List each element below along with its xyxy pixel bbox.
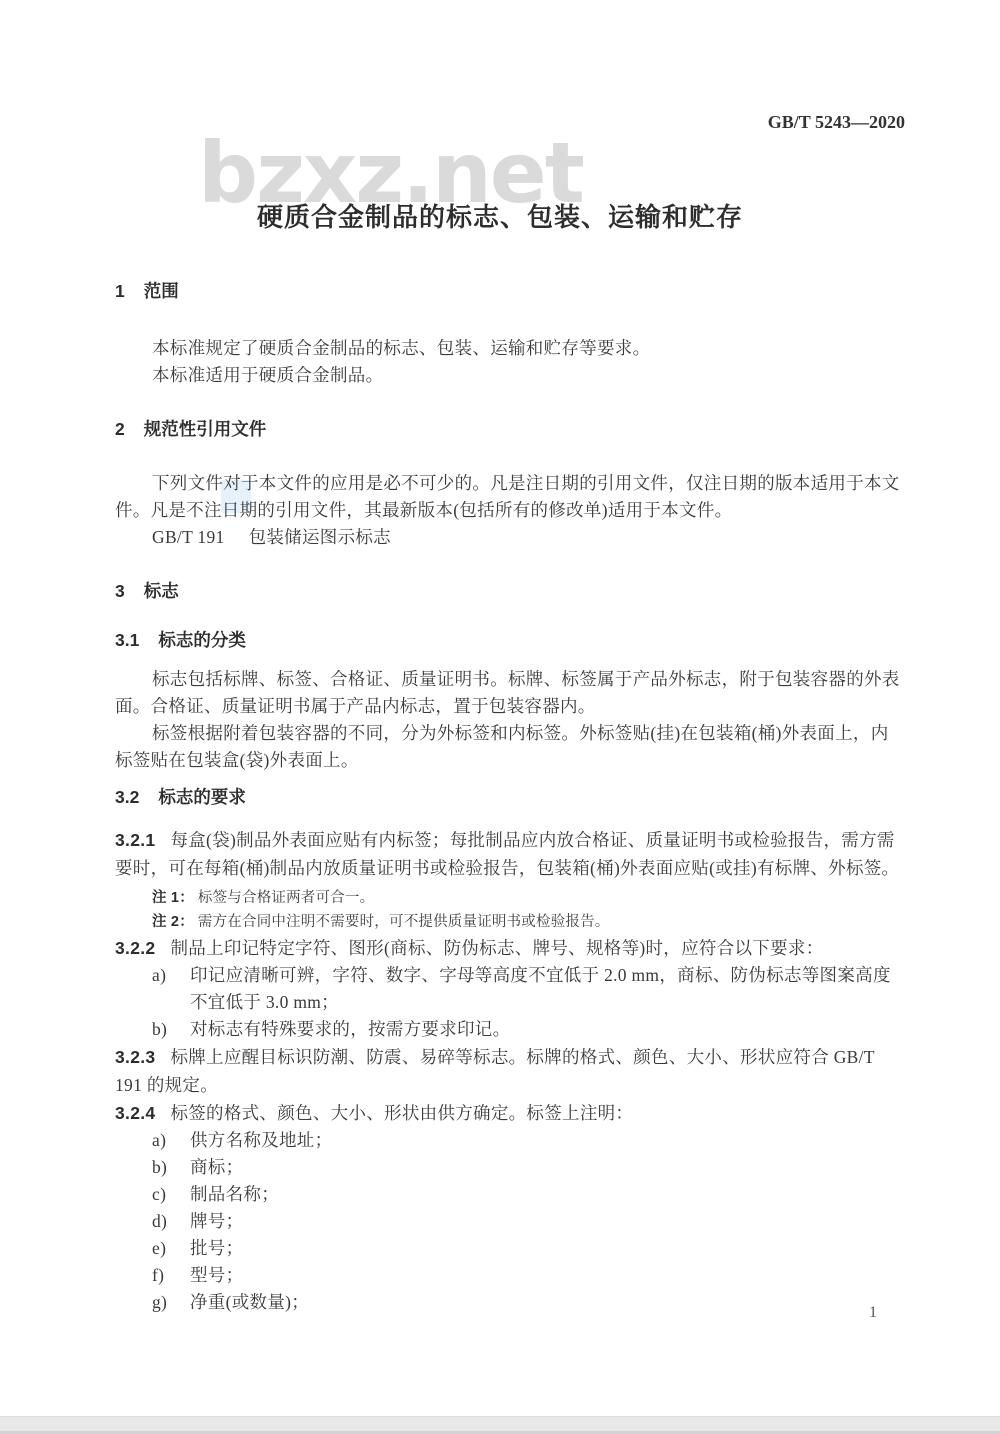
note-text: 标签与合格证两者可合一。	[198, 890, 374, 906]
clause-text: 标牌上应醒目标识防潮、防震、易碎等标志。标牌的格式、颜色、大小、形状应符合 GB…	[115, 1047, 874, 1095]
page-content: GB/T 5243—2020 硬质合金制品的标志、包装、运输和贮存 1范围 本标…	[0, 0, 1000, 1316]
paragraph: 标签根据附着包装容器的不同，分为外标签和内标签。外标签贴(挂)在包装箱(桶)外表…	[115, 720, 905, 774]
list-marker: b)	[152, 1016, 167, 1043]
list-marker: g)	[152, 1289, 167, 1316]
document-page: bzxz.net GB/T 5243—2020 硬质合金制品的标志、包装、运输和…	[0, 0, 1000, 1434]
clause-3-2-4-list: a)供方名称及地址； b)商标； c)制品名称； d)牌号； e)批号； f)型…	[115, 1127, 905, 1316]
note-1: 注 1：标签与合格证两者可合一。	[115, 886, 905, 910]
clause-number: 3.2.3	[115, 1047, 155, 1067]
reference-name: 包装储运图示标志	[249, 527, 391, 547]
clause-text: 标签的格式、颜色、大小、形状由供方确定。标签上注明：	[170, 1103, 633, 1123]
list-marker: c)	[152, 1181, 166, 1208]
clause-3-2-1: 3.2.1每盒(袋)制品外表面应贴有内标签；每批制品应内放合格证、质量证明书或检…	[115, 826, 905, 882]
section-number: 2	[115, 417, 125, 441]
list-item: f)型号；	[115, 1262, 905, 1289]
scope-paragraphs: 本标准规定了硬质合金制品的标志、包装、运输和贮存等要求。 本标准适用于硬质合金制…	[115, 335, 905, 389]
note-label: 注 2：	[152, 914, 194, 930]
standard-number: GB/T 5243—2020	[0, 0, 905, 133]
list-item: b)对标志有特殊要求的，按需方要求印记。	[115, 1016, 905, 1043]
paragraph: 本标准适用于硬质合金制品。	[115, 362, 905, 389]
list-item: c)制品名称；	[115, 1181, 905, 1208]
list-item-text: 商标；	[190, 1157, 243, 1177]
marking-classification-paragraphs: 标志包括标牌、标签、合格证、质量证明书。标牌、标签属于产品外标志，附于包装容器的…	[115, 666, 905, 774]
reference-line: GB/T 191包装储运图示标志	[115, 524, 905, 551]
clause-3-2-4: 3.2.4标签的格式、颜色、大小、形状由供方确定。标签上注明：	[115, 1099, 905, 1127]
footer-bar	[0, 1416, 1000, 1434]
note-2: 注 2：需方在合同中注明不需要时，可不提供质量证明书或检验报告。	[115, 910, 905, 934]
section-title: 范围	[144, 281, 179, 301]
reference-code: GB/T 191	[152, 527, 225, 547]
clause-text: 制品上印记特定字符、图形(商标、防伪标志、牌号、规格等)时，应符合以下要求：	[170, 938, 823, 958]
list-item-text: 供方名称及地址；	[190, 1130, 332, 1150]
paragraph: 本标准规定了硬质合金制品的标志、包装、运输和贮存等要求。	[115, 335, 905, 362]
paragraph: 下列文件对于本文件的应用是必不可少的。凡是注日期的引用文件，仅注日期的版本适用于…	[115, 470, 905, 524]
section-title: 标志	[144, 581, 179, 601]
list-item-text: 批号；	[190, 1238, 243, 1258]
list-marker: b)	[152, 1154, 167, 1181]
section-title: 标志的要求	[158, 787, 246, 807]
list-marker: e)	[152, 1235, 166, 1262]
list-marker: a)	[152, 962, 166, 989]
list-item-text: 型号；	[190, 1265, 243, 1285]
list-item-text: 印记应清晰可辨，字符、数字、字母等高度不宜低于 2.0 mm，商标、防伪标志等图…	[190, 965, 891, 1012]
clause-number: 3.2.2	[115, 938, 155, 958]
section-number: 3	[115, 579, 125, 603]
list-item: a)供方名称及地址；	[115, 1127, 905, 1154]
section-heading-2: 2规范性引用文件	[115, 417, 905, 441]
section-title: 标志的分类	[158, 630, 246, 650]
section-number: 1	[115, 279, 125, 303]
note-label: 注 1：	[152, 890, 194, 906]
list-item: g)净重(或数量)；	[115, 1289, 905, 1316]
notes: 注 1：标签与合格证两者可合一。 注 2：需方在合同中注明不需要时，可不提供质量…	[115, 886, 905, 934]
document-title: 硬质合金制品的标志、包装、运输和贮存	[0, 197, 1000, 237]
section-title: 规范性引用文件	[144, 419, 267, 439]
list-marker: f)	[152, 1262, 164, 1289]
list-item-text: 牌号；	[190, 1211, 243, 1231]
list-item-text: 制品名称；	[190, 1184, 279, 1204]
list-item-text: 净重(或数量)；	[190, 1292, 309, 1312]
list-item: b)商标；	[115, 1154, 905, 1181]
clause-text: 每盒(袋)制品外表面应贴有内标签；每批制品应内放合格证、质量证明书或检验报告，需…	[115, 830, 899, 878]
section-heading-3-1: 3.1标志的分类	[115, 628, 905, 652]
clause-3-2-3: 3.2.3标牌上应醒目标识防潮、防震、易碎等标志。标牌的格式、颜色、大小、形状应…	[115, 1043, 905, 1099]
body-column: 1范围 本标准规定了硬质合金制品的标志、包装、运输和贮存等要求。 本标准适用于硬…	[115, 279, 905, 1316]
clause-3-2-2-list: a)印记应清晰可辨，字符、数字、字母等高度不宜低于 2.0 mm，商标、防伪标志…	[115, 962, 905, 1043]
section-heading-3-2: 3.2标志的要求	[115, 785, 905, 809]
list-marker: a)	[152, 1127, 166, 1154]
note-text: 需方在合同中注明不需要时，可不提供质量证明书或检验报告。	[198, 914, 610, 930]
clause-number: 3.2.4	[115, 1103, 155, 1123]
list-item: e)批号；	[115, 1235, 905, 1262]
section-heading-1: 1范围	[115, 279, 905, 303]
paragraph: 标志包括标牌、标签、合格证、质量证明书。标牌、标签属于产品外标志，附于包装容器的…	[115, 666, 905, 720]
section-number: 3.2	[115, 785, 139, 809]
list-item: d)牌号；	[115, 1208, 905, 1235]
list-item: a)印记应清晰可辨，字符、数字、字母等高度不宜低于 2.0 mm，商标、防伪标志…	[115, 962, 905, 1016]
section-heading-3: 3标志	[115, 579, 905, 603]
clause-3-2-2: 3.2.2制品上印记特定字符、图形(商标、防伪标志、牌号、规格等)时，应符合以下…	[115, 934, 905, 962]
list-item-text: 对标志有特殊要求的，按需方要求印记。	[190, 1019, 510, 1039]
list-marker: d)	[152, 1208, 167, 1235]
section-number: 3.1	[115, 628, 139, 652]
clause-number: 3.2.1	[115, 830, 155, 850]
normative-reference-paragraphs: 下列文件对于本文件的应用是必不可少的。凡是注日期的引用文件，仅注日期的版本适用于…	[115, 470, 905, 551]
